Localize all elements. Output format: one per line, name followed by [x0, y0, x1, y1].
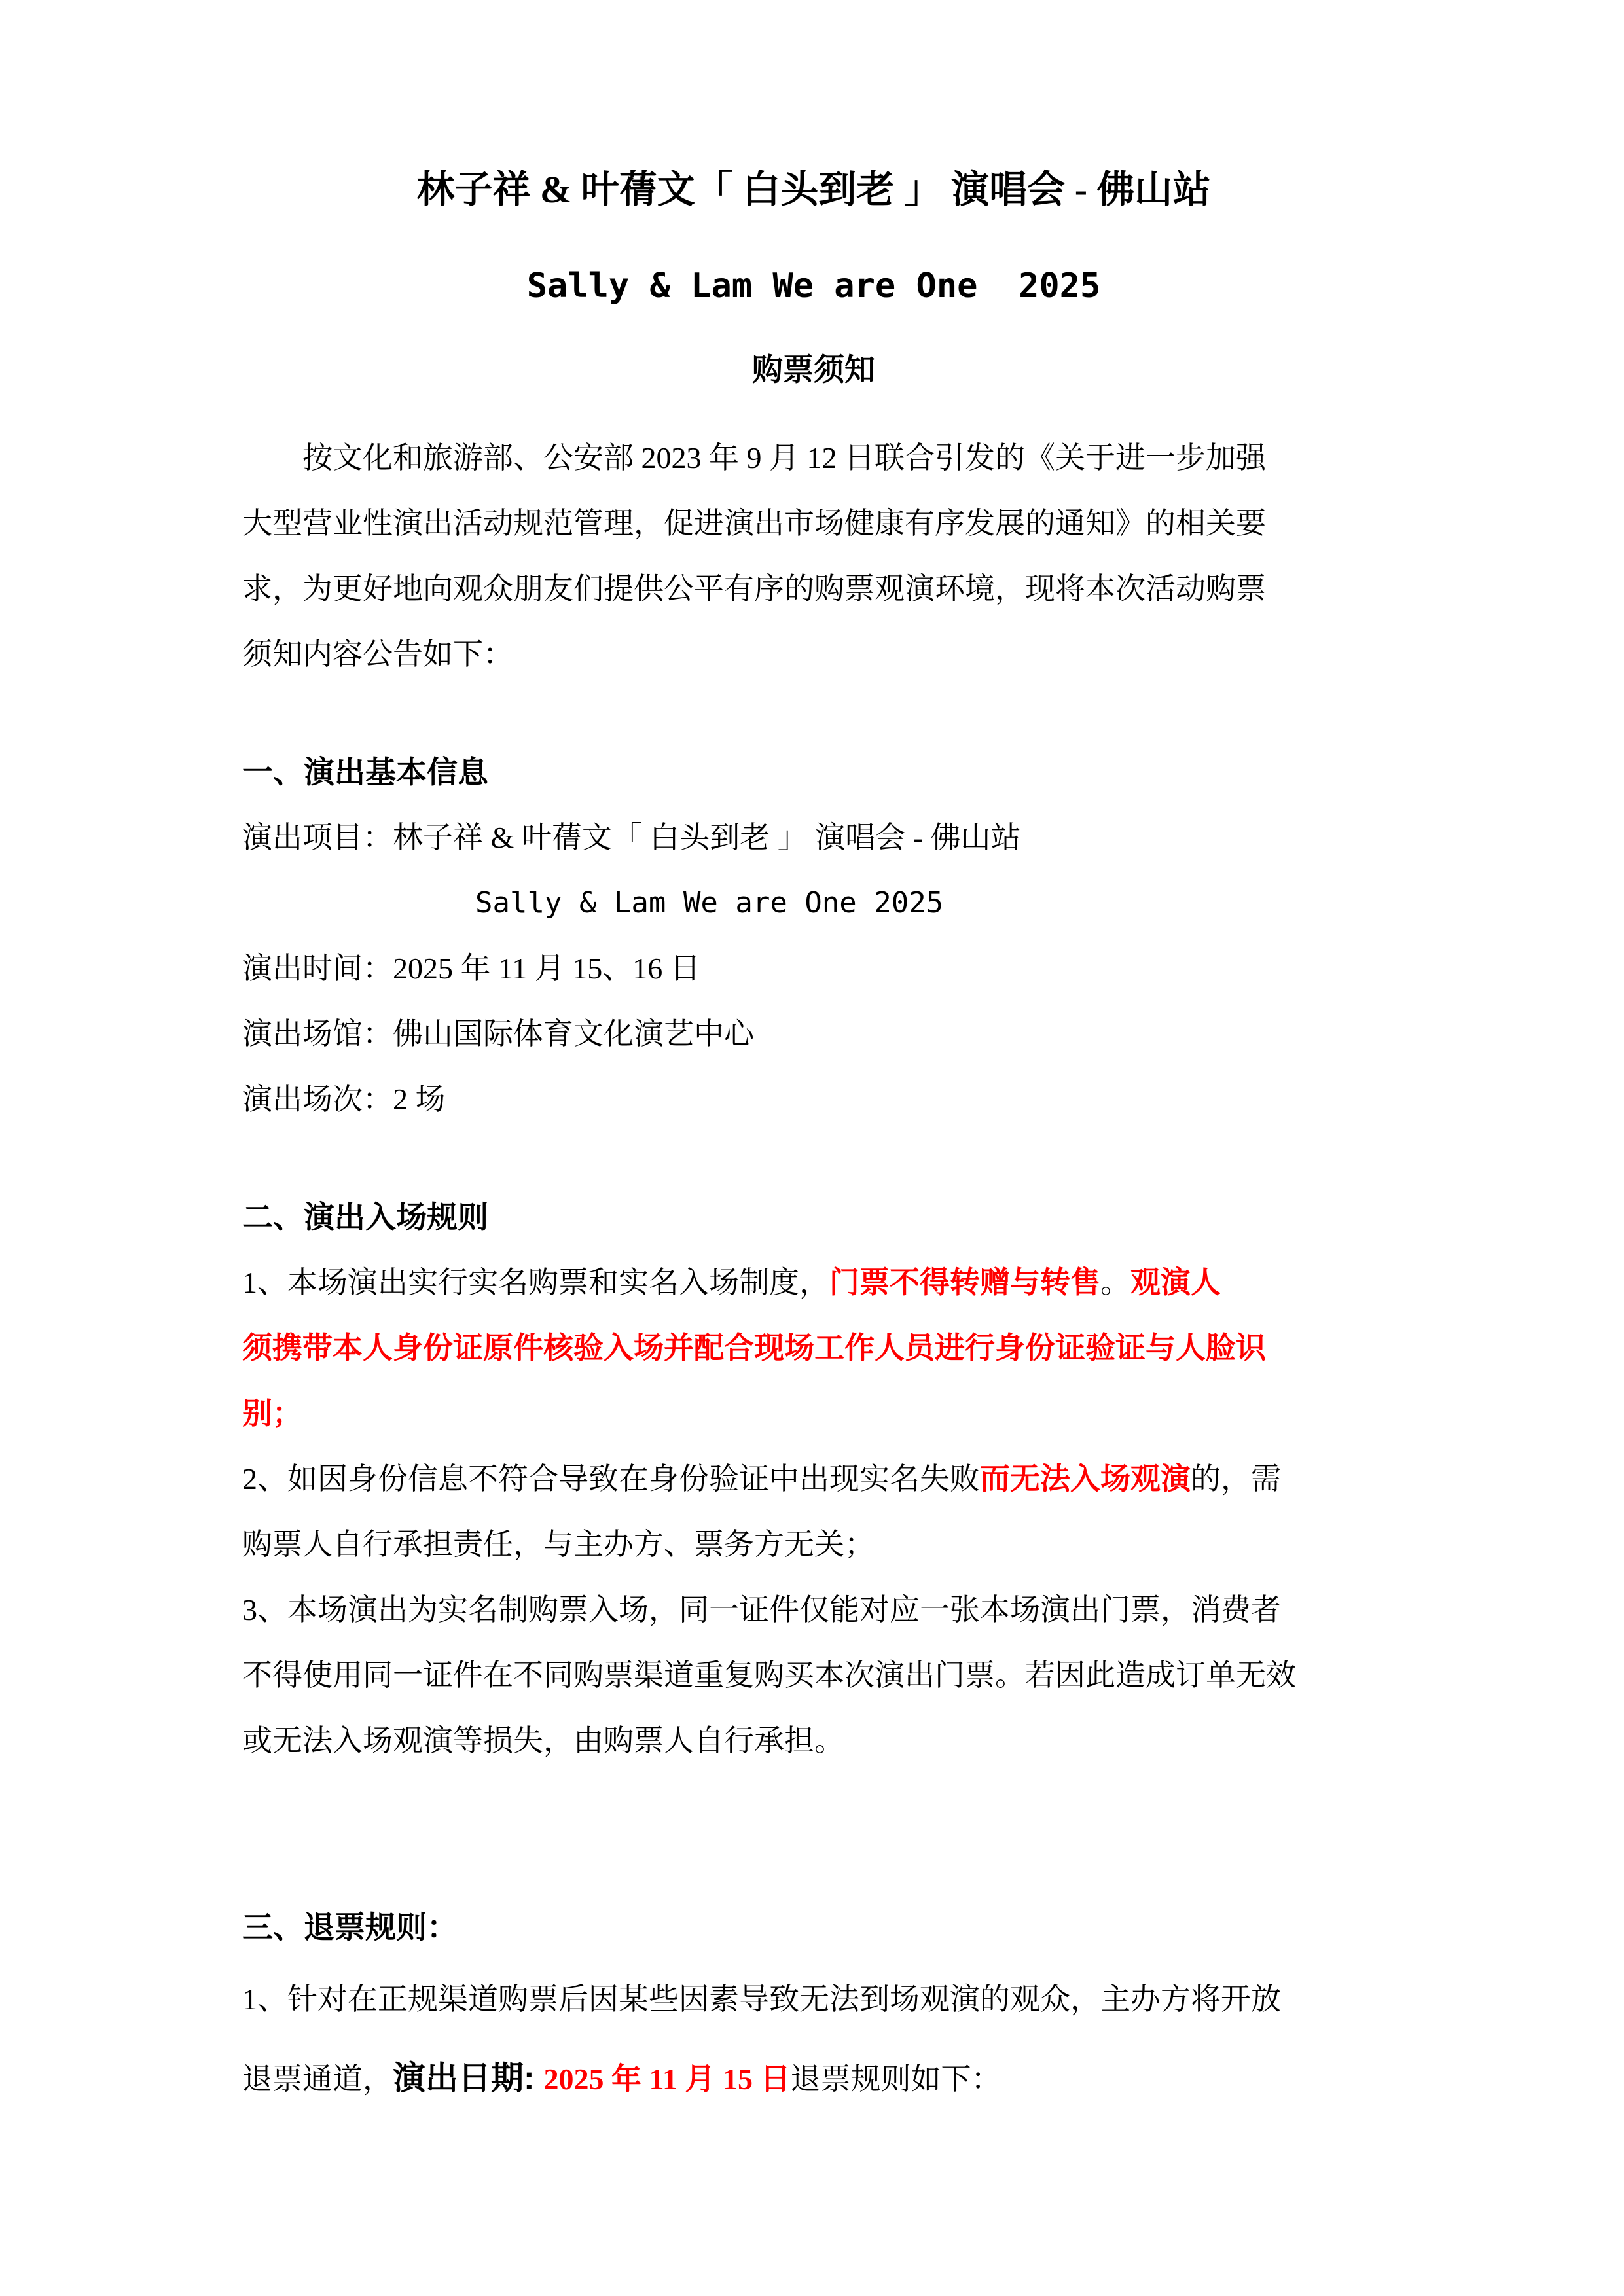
- section-1-heading: 一、演出基本信息: [242, 740, 1385, 805]
- intro-line-4: 须知内容公告如下：: [242, 622, 1385, 687]
- refund-run-date-red: 2025 年 11 月 15 日: [544, 2062, 791, 2096]
- intro-paragraph: 按文化和旅游部、公安部 2023 年 9 月 12 日联合引发的《关于进一步加强…: [242, 425, 1385, 687]
- item-1-run-red-3: 须携带本人身份证原件核验入场并配合现场工作人员进行身份证验证与人脸识: [242, 1331, 1266, 1365]
- title-line-3: 购票须知: [242, 338, 1385, 403]
- section-1-venue-line: 演出场馆：佛山国际体育文化演艺中心: [242, 1001, 1385, 1067]
- section-2-heading: 二、演出入场规则: [242, 1185, 1385, 1250]
- section-2-item-3-line-3: 或无法入场观演等损失，由购票人自行承担。: [242, 1708, 1385, 1774]
- section-2-item-3-line-2: 不得使用同一证件在不同购票渠道重复购买本次演出门票。若因此造成订单无效: [242, 1643, 1385, 1708]
- section-1: 一、演出基本信息 演出项目：林子祥 & 叶蒨文「 白头到老 」 演唱会 - 佛山…: [242, 740, 1385, 1132]
- item-2-run-black: 2、如因身份信息不符合导致在身份验证中出现实名失败: [242, 1462, 980, 1496]
- title-line-2: Sally & Lam We are One 2025: [242, 253, 1385, 319]
- intro-line-3: 求，为更好地向观众朋友们提供公平有序的购票观演环境，现将本次活动购票: [242, 556, 1385, 622]
- section-3-heading: 三、退票规则：: [242, 1895, 1385, 1960]
- section-2-item-2-line-2: 购票人自行承担责任，与主办方、票务方无关；: [242, 1512, 1385, 1577]
- intro-line-2: 大型营业性演出活动规范管理，促进演出市场健康有序发展的通知》的相关要: [242, 491, 1385, 556]
- item-2-run-red: 而无法入场观演: [980, 1462, 1191, 1496]
- item-1-run-red-2: 观演人: [1130, 1266, 1221, 1299]
- item-1-run-period: 。: [1100, 1266, 1130, 1299]
- section-3-item-1-line-2: 退票通道，演出日期: 2025 年 11 月 15 日退票规则如下：: [242, 2039, 1385, 2119]
- section-1-project-line: 演出项目：林子祥 & 叶蒨文「 白头到老 」 演唱会 - 佛山站: [242, 805, 1385, 870]
- refund-run-black: 退票通道，: [242, 2062, 393, 2096]
- item-2-run-black-2: 的，需: [1191, 1462, 1281, 1496]
- refund-run-date-label: 演出日期:: [393, 2060, 544, 2096]
- section-1-time-line: 演出时间：2025 年 11 月 15、16 日: [242, 936, 1385, 1001]
- section-1-sessions-line: 演出场次：2 场: [242, 1067, 1385, 1132]
- document-content: 林子祥 & 叶蒨文「 白头到老 」 演唱会 - 佛山站 Sally & Lam …: [0, 0, 1624, 2119]
- section-3: 三、退票规则： 1、针对在正规渠道购票后因某些因素导致无法到场观演的观众，主办方…: [242, 1895, 1385, 2119]
- item-1-run-red: 门票不得转赠与转售: [829, 1266, 1100, 1299]
- document-page: 林子祥 & 叶蒨文「 白头到老 」 演唱会 - 佛山站 Sally & Lam …: [0, 0, 1624, 2296]
- section-2-item-1-line-2: 须携带本人身份证原件核验入场并配合现场工作人员进行身份证验证与人脸识: [242, 1316, 1385, 1381]
- item-1-run-black: 1、本场演出实行实名购票和实名入场制度，: [242, 1266, 829, 1299]
- title-line-1: 林子祥 & 叶蒨文「 白头到老 」 演唱会 - 佛山站: [242, 157, 1385, 223]
- section-1-project-line-2: Sally & Lam We are One 2025: [242, 870, 1385, 936]
- section-2-item-3-line-1: 3、本场演出为实名制购票入场，同一证件仅能对应一张本场演出门票，消费者: [242, 1577, 1385, 1643]
- intro-line-1: 按文化和旅游部、公安部 2023 年 9 月 12 日联合引发的《关于进一步加强: [242, 425, 1385, 491]
- section-2-item-2-line-1: 2、如因身份信息不符合导致在身份验证中出现实名失败而无法入场观演的，需: [242, 1446, 1385, 1512]
- section-2: 二、演出入场规则 1、本场演出实行实名购票和实名入场制度，门票不得转赠与转售。观…: [242, 1185, 1385, 1774]
- section-2-item-1-line-1: 1、本场演出实行实名购票和实名入场制度，门票不得转赠与转售。观演人: [242, 1250, 1385, 1316]
- refund-run-black-2: 退票规则如下：: [791, 2062, 1001, 2096]
- section-2-item-1-line-3: 别；: [242, 1381, 1385, 1446]
- item-1-run-red-4: 别；: [242, 1397, 302, 1430]
- section-3-item-1-line-1: 1、针对在正规渠道购票后因某些因素导致无法到场观演的观众，主办方将开放: [242, 1960, 1385, 2039]
